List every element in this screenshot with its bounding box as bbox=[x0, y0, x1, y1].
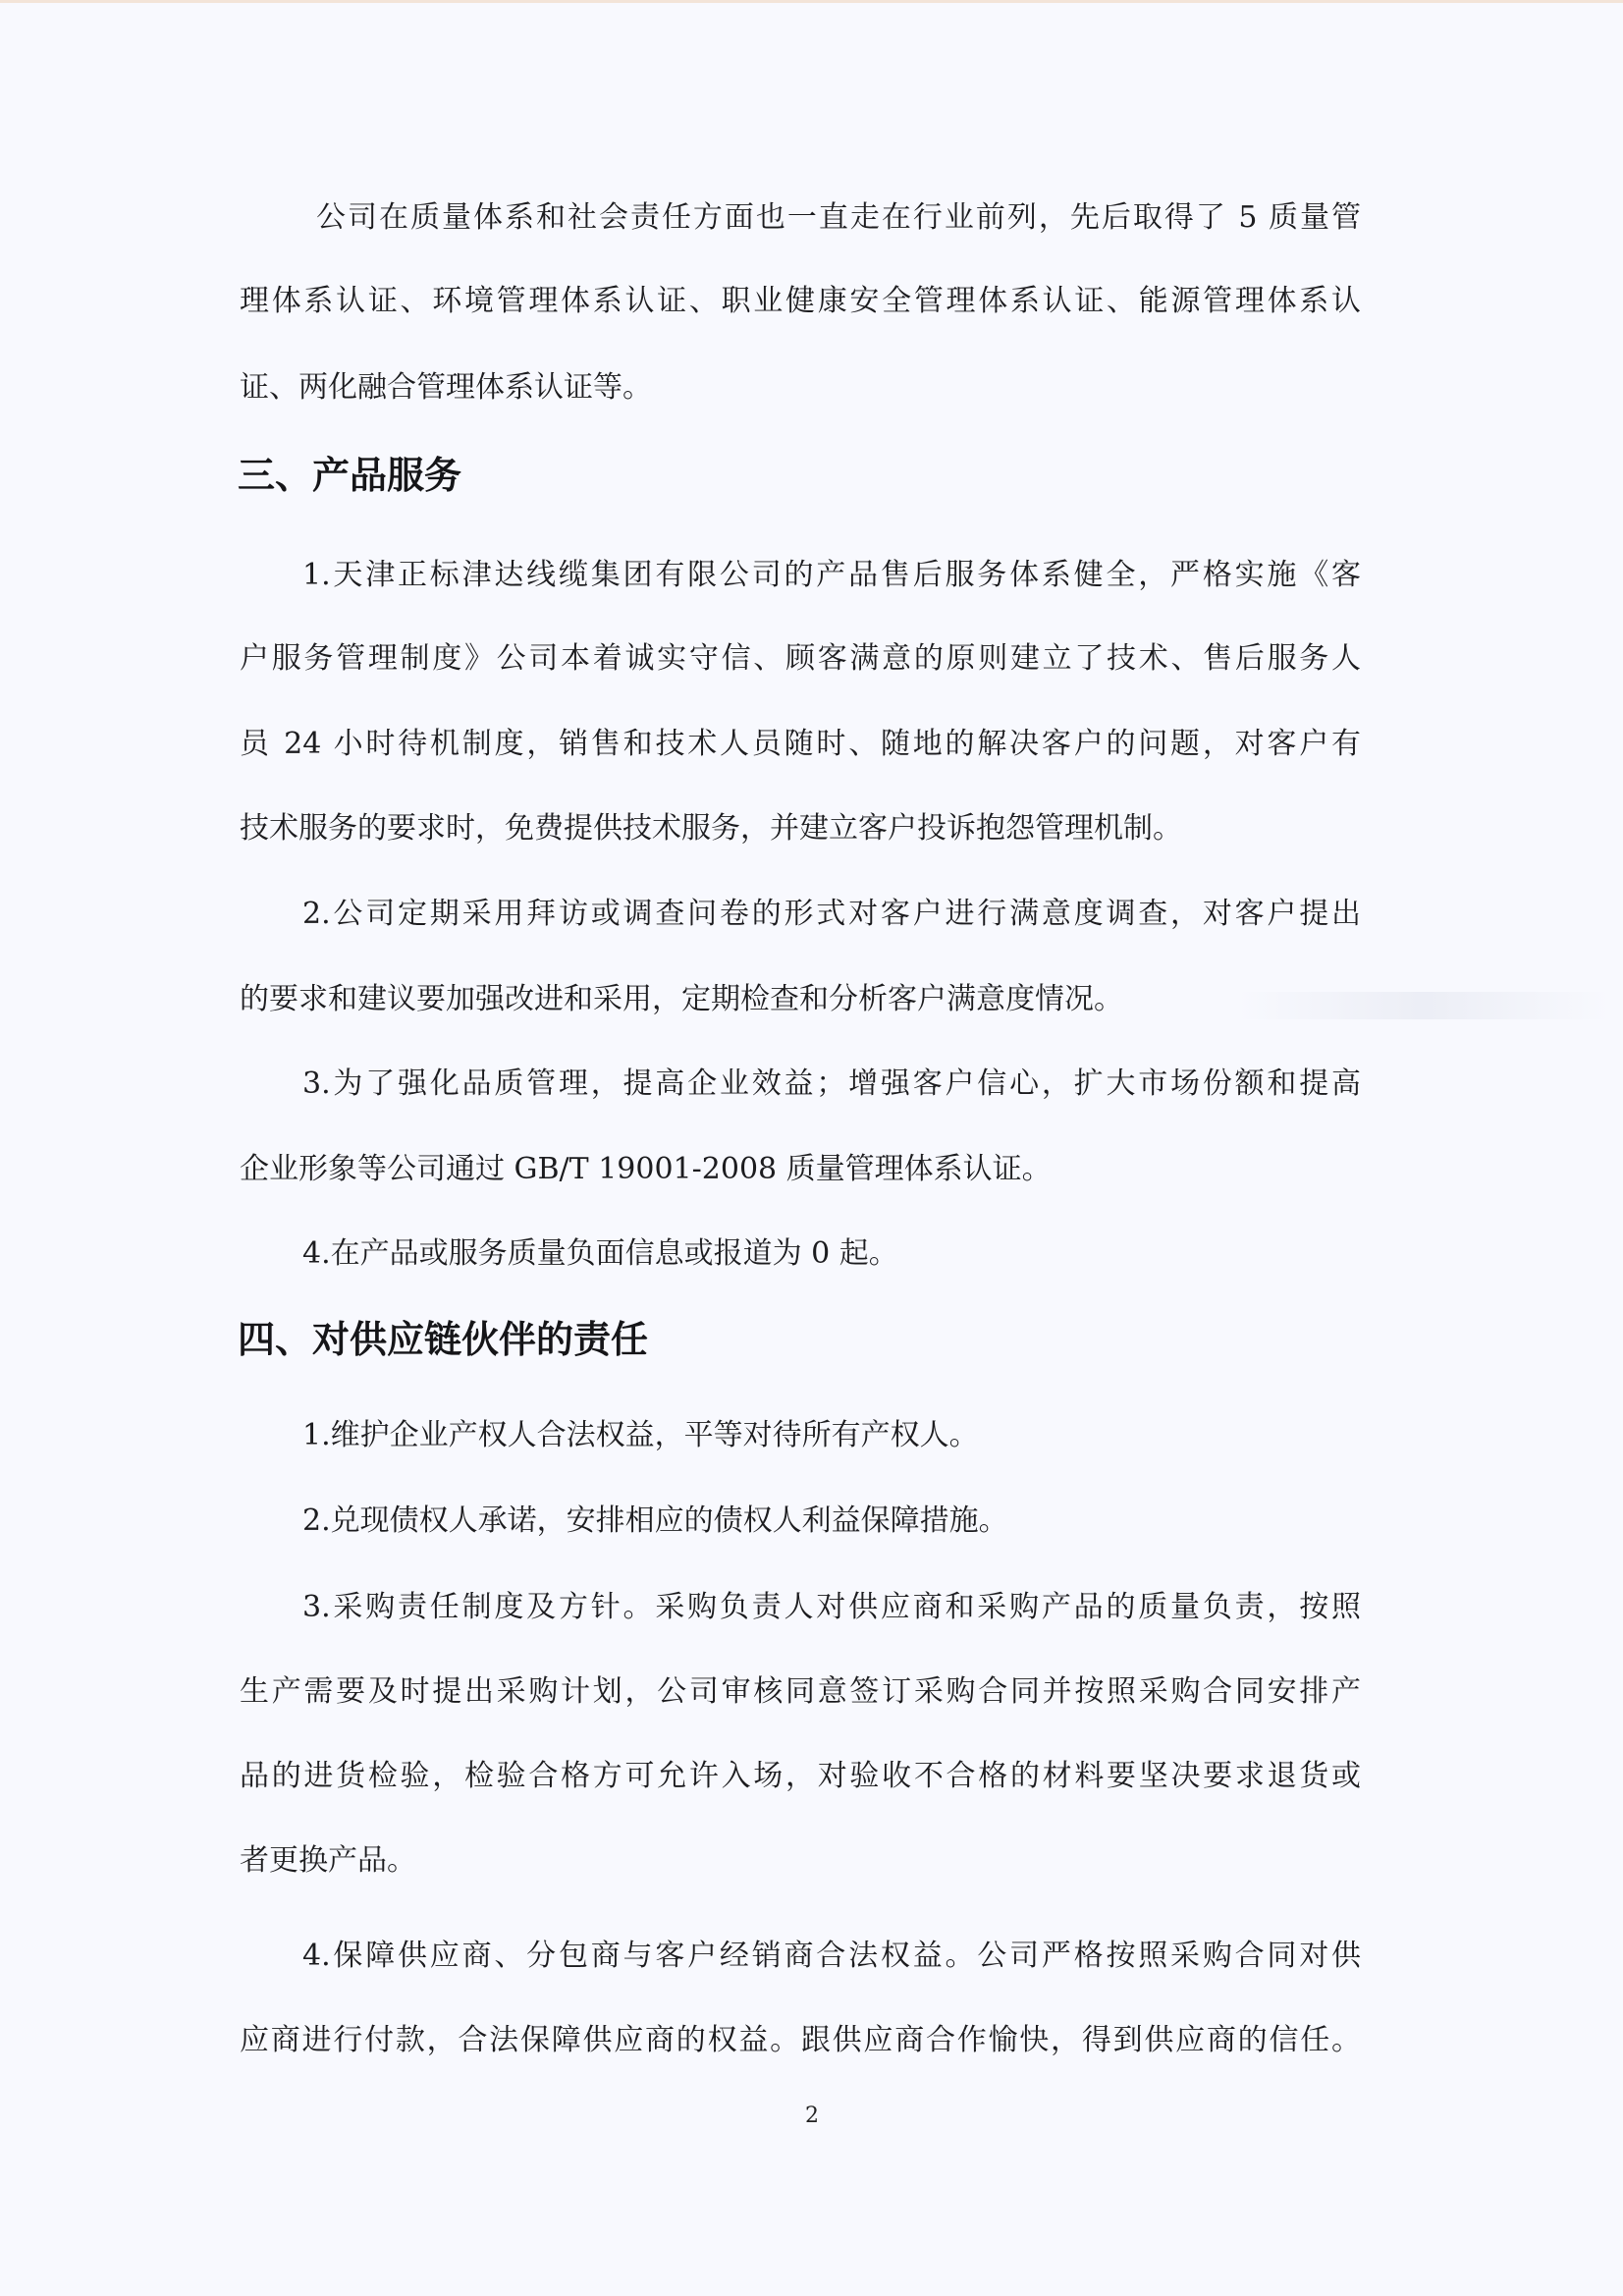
paragraph-line: 品的进货检验，检验合格方可允许入场，对验收不合格的材料要坚决要求退货或 bbox=[240, 1757, 1361, 1796]
paragraph-line: 应商进行付款，合法保障供应商的权益。跟供应商合作愉快，得到供应商的信任。 bbox=[240, 2021, 1361, 2060]
paragraph-line: 生产需要及时提出采购计划，公司审核同意签订采购合同并按照采购合同安排产 bbox=[240, 1672, 1361, 1712]
paragraph-line: 证、两化融合管理体系认证等。 bbox=[240, 368, 1361, 408]
paragraph-line: 2.兑现债权人承诺，安排相应的债权人利益保障措施。 bbox=[302, 1502, 1361, 1541]
paragraph-line: 者更换产品。 bbox=[240, 1841, 1361, 1881]
paragraph-line: 户服务管理制度》公司本着诚实守信、顾客满意的原则建立了技术、售后服务人 bbox=[240, 639, 1361, 679]
section-heading-supply-chain: 四、对供应链伙伴的责任 bbox=[238, 1316, 648, 1363]
section-heading-product-service: 三、产品服务 bbox=[238, 452, 461, 499]
paragraph-line: 公司在质量体系和社会责任方面也一直走在行业前列，先后取得了 5 质量管 bbox=[316, 198, 1361, 238]
paragraph-line: 2.公司定期采用拜访或调查问卷的形式对客户进行满意度调查，对客户提出 bbox=[302, 895, 1361, 934]
paragraph-line: 4.在产品或服务质量负面信息或报道为 0 起。 bbox=[302, 1234, 1361, 1274]
page-number: 2 bbox=[801, 2102, 823, 2131]
paragraph-line: 的要求和建议要加强改进和采用，定期检查和分析客户满意度情况。 bbox=[240, 980, 1361, 1019]
paragraph-line: 4.保障供应商、分包商与客户经销商合法权益。公司严格按照采购合同对供 bbox=[302, 1937, 1361, 1976]
paragraph-line: 员 24 小时待机制度，销售和技术人员随时、随地的解决客户的问题，对客户有 bbox=[240, 725, 1361, 764]
paragraph-line: 技术服务的要求时，免费提供技术服务，并建立客户投诉抱怨管理机制。 bbox=[240, 809, 1361, 848]
paragraph-line: 企业形象等公司通过 GB/T 19001-2008 质量管理体系认证。 bbox=[240, 1150, 1361, 1189]
paragraph-line: 1.天津正标津达线缆集团有限公司的产品售后服务体系健全，严格实施《客 bbox=[302, 556, 1361, 595]
paragraph-line: 理体系认证、环境管理体系认证、职业健康安全管理体系认证、能源管理体系认 bbox=[240, 282, 1361, 321]
paragraph-line: 1.维护企业产权人合法权益，平等对待所有产权人。 bbox=[302, 1416, 1361, 1455]
scan-top-edge bbox=[0, 0, 1623, 3]
paragraph-line: 3.采购责任制度及方针。采购负责人对供应商和采购产品的质量负责，按照 bbox=[302, 1588, 1361, 1627]
paragraph-line: 3.为了强化品质管理，提高企业效益；增强客户信心，扩大市场份额和提高 bbox=[302, 1065, 1361, 1104]
